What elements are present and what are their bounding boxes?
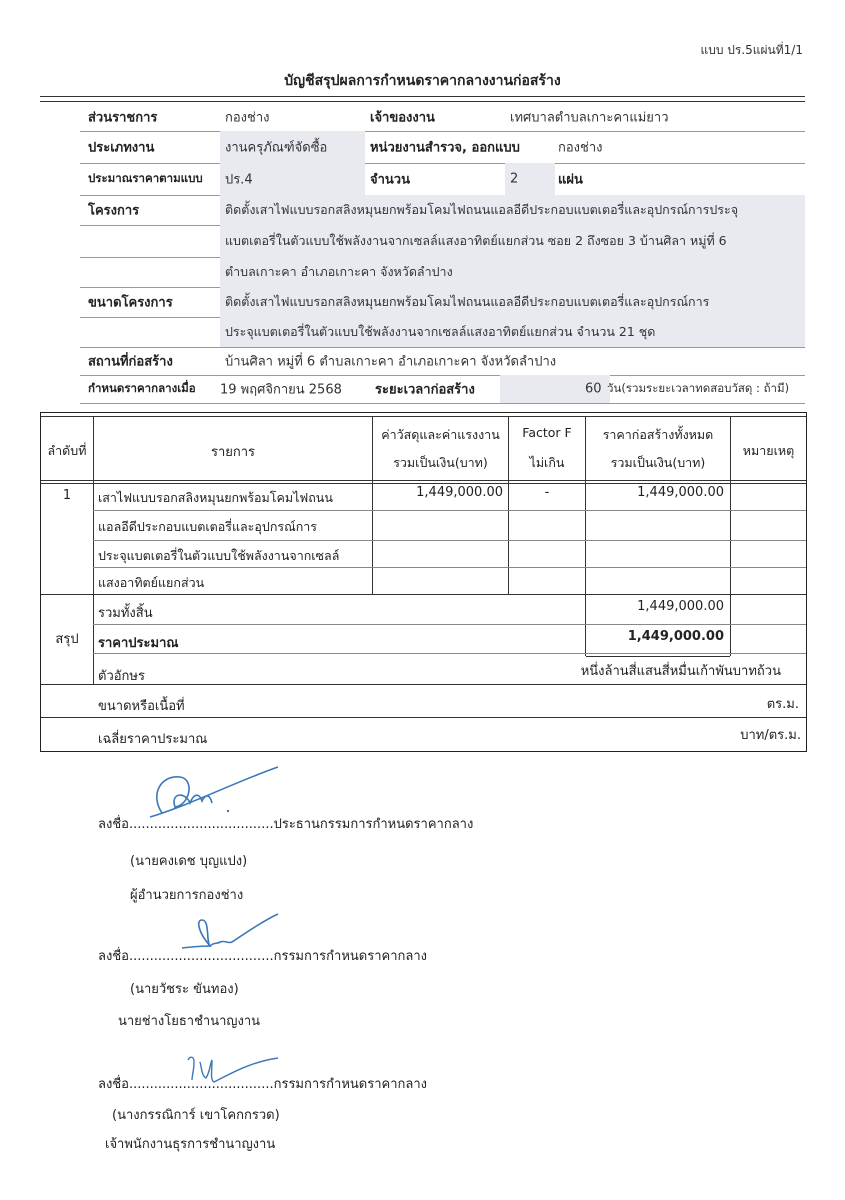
row-project-3: ตำบลเกาะคา อำเภอเกาะคา จังหวัดลำปาง — [80, 257, 805, 288]
signer-name: (นายวัชระ ขันทอง) — [130, 978, 239, 999]
size-line: ติดตั้งเสาไฟแบบรอกสลิงหมุนยกพร้อมโคมไฟถน… — [225, 292, 709, 312]
row-division: ส่วนราชการ กองช่าง เจ้าของงาน เทศบาลตำบล… — [80, 103, 805, 132]
row-factor: - — [509, 485, 585, 500]
count-unit: แผ่น — [558, 169, 583, 190]
work-type-value: งานครุภัณฑ์จัดซื้อ — [225, 137, 327, 158]
date-value: 19 พฤศจิกายน 2568 — [220, 379, 342, 400]
col-header-factor-sub: ไม่เกิน — [509, 453, 585, 473]
size-line: ประจุแบตเตอรี่ในตัวแบบใช้พลังงานจากเซลล์… — [225, 322, 655, 342]
avg-label: เฉลี่ยราคาประมาณ — [98, 728, 207, 749]
sign-dots: ................................... — [129, 1077, 274, 1092]
col-header-total: ราคาก่อสร้างทั้งหมด — [586, 425, 730, 445]
row-estimate: ประมาณราคาตามแบบ ปร.4 จำนวน 2 แผ่น — [80, 163, 805, 196]
sign-prefix: ลงชื่อ — [98, 1077, 129, 1092]
sign-prefix: ลงชื่อ — [98, 817, 129, 832]
sign-dots: ................................... — [129, 817, 274, 832]
owner-label: เจ้าของงาน — [370, 107, 435, 128]
col-header-factor: Factor F — [509, 425, 585, 440]
project-line: แบตเตอรี่ในตัวแบบใช้พลังงานจากเซลล์แสงอา… — [225, 231, 727, 251]
row-site: สถานที่ก่อสร้าง บ้านศิลา หมู่ที่ 6 ตำบลเ… — [80, 347, 805, 376]
title-divider — [40, 96, 805, 102]
sign-role: กรรมการกำหนดราคากลาง — [274, 949, 427, 964]
row-total: 1,449,000.00 — [586, 485, 724, 500]
estimate-label: ราคาประมาณ — [98, 632, 178, 653]
area-unit: ตร.ม. — [641, 693, 799, 714]
owner-value: เทศบาลตำบลเกาะคาแม่ยาว — [510, 107, 669, 128]
words-label: ตัวอักษร — [98, 665, 145, 686]
area-label: ขนาดหรือเนื้อที่ — [98, 695, 185, 716]
signer-position: เจ้าพนักงานธุรการชำนาญงาน — [105, 1133, 275, 1154]
estimate-label: ประมาณราคาตามแบบ — [88, 170, 203, 188]
duration-unit: วัน(รวมระยะเวลาทดสอบวัสดุ : ถ้ามี) — [607, 380, 789, 398]
division-value: กองช่าง — [225, 107, 270, 128]
col-header-total-sub: รวมเป็นเงิน(บาท) — [586, 453, 730, 473]
row-no: 1 — [41, 488, 93, 503]
row-size-2: ประจุแบตเตอรี่ในตัวแบบใช้พลังงานจากเซลล์… — [80, 317, 805, 348]
summary-label: สรุป — [41, 628, 93, 649]
grand-total-value: 1,449,000.00 — [586, 599, 724, 614]
row-date: กำหนดราคากลางเมื่อ 19 พฤศจิกายน 2568 ระย… — [80, 375, 805, 404]
col-header-no: ลำดับที่ — [41, 441, 93, 461]
sign-dots: ................................... — [129, 949, 274, 964]
row-item-line: แสงอาทิตย์แยกส่วน — [98, 573, 204, 593]
signer-name: (นายคงเดช บุญแปง) — [130, 850, 247, 871]
row-item-line: แอลอีดีประกอบแบตเตอรี่และอุปกรณ์การ — [98, 517, 317, 537]
estimate-value: 1,449,000.00 — [586, 629, 724, 644]
col-header-item: รายการ — [94, 441, 372, 462]
division-label: ส่วนราชการ — [88, 107, 157, 128]
size-label: ขนาดโครงการ — [88, 292, 173, 313]
duration-value: 60 — [585, 382, 602, 397]
estimate-value: ปร.4 — [225, 169, 253, 190]
site-label: สถานที่ก่อสร้าง — [88, 351, 173, 372]
count-value: 2 — [510, 172, 518, 187]
site-value: บ้านศิลา หมู่ที่ 6 ตำบลเกาะคา อำเภอเกาะค… — [225, 351, 556, 372]
survey-unit-label: หน่วยงานสำรวจ, ออกแบบ — [370, 137, 520, 158]
row-size-1: ขนาดโครงการ ติดตั้งเสาไฟแบบรอกสลิงหมุนยก… — [80, 287, 805, 318]
col-header-remark: หมายเหตุ — [731, 441, 806, 461]
project-line: ตำบลเกาะคา อำเภอเกาะคา จังหวัดลำปาง — [225, 262, 453, 282]
price-table: ลำดับที่ รายการ ค่าวัสดุและค่าแรงงาน รวม… — [40, 412, 807, 752]
row-project-1: โครงการ ติดตั้งเสาไฟแบบรอกสลิงหมุนยกพร้อ… — [80, 195, 805, 226]
row-work-type: ประเภทงาน งานครุภัณฑ์จัดซื้อ หน่วยงานสำร… — [80, 131, 805, 164]
sign-role: กรรมการกำหนดราคากลาง — [274, 1077, 427, 1092]
row-project-2: แบตเตอรี่ในตัวแบบใช้พลังงานจากเซลล์แสงอา… — [80, 225, 805, 258]
project-label: โครงการ — [88, 200, 139, 221]
row-item-line: เสาไฟแบบรอกสลิงหมุนยกพร้อมโคมไฟถนน — [98, 488, 333, 508]
form-code: แบบ ปร.5แผ่นที่1/1 — [701, 41, 804, 60]
survey-unit-value: กองช่าง — [558, 137, 603, 158]
sign-prefix: ลงชื่อ — [98, 949, 129, 964]
date-label: กำหนดราคากลางเมื่อ — [88, 380, 196, 398]
count-label: จำนวน — [370, 169, 410, 190]
row-item-line: ประจุแบตเตอรี่ในตัวแบบใช้พลังงานจากเซลล์ — [98, 546, 339, 566]
signer-name: (นางกรรณิการ์ เขาโคกกรวด) — [112, 1104, 280, 1125]
words-value: หนึ่งล้านสี่แสนสี่หมื่นเก้าพันบาทถ้วน — [441, 660, 781, 681]
grand-total-label: รวมทั้งสิ้น — [98, 602, 153, 623]
col-header-cost-sub: รวมเป็นเงิน(บาท) — [373, 453, 508, 473]
signer-position: ผู้อำนวยการกองช่าง — [130, 884, 243, 905]
row-cost: 1,449,000.00 — [373, 485, 503, 500]
project-line: ติดตั้งเสาไฟแบบรอกสลิงหมุนยกพร้อมโคมไฟถน… — [225, 200, 738, 220]
page-title: บัญชีสรุปผลการกำหนดราคากลางงานก่อสร้าง — [0, 70, 845, 92]
sign-role: ประธานกรรมการกำหนดราคากลาง — [274, 817, 474, 832]
signer-position: นายช่างโยธาชำนาญงาน — [118, 1010, 260, 1031]
duration-label: ระยะเวลาก่อสร้าง — [375, 379, 475, 400]
avg-unit: บาท/ตร.ม. — [641, 724, 801, 745]
col-header-cost: ค่าวัสดุและค่าแรงงาน — [373, 425, 508, 445]
work-type-label: ประเภทงาน — [88, 137, 154, 158]
